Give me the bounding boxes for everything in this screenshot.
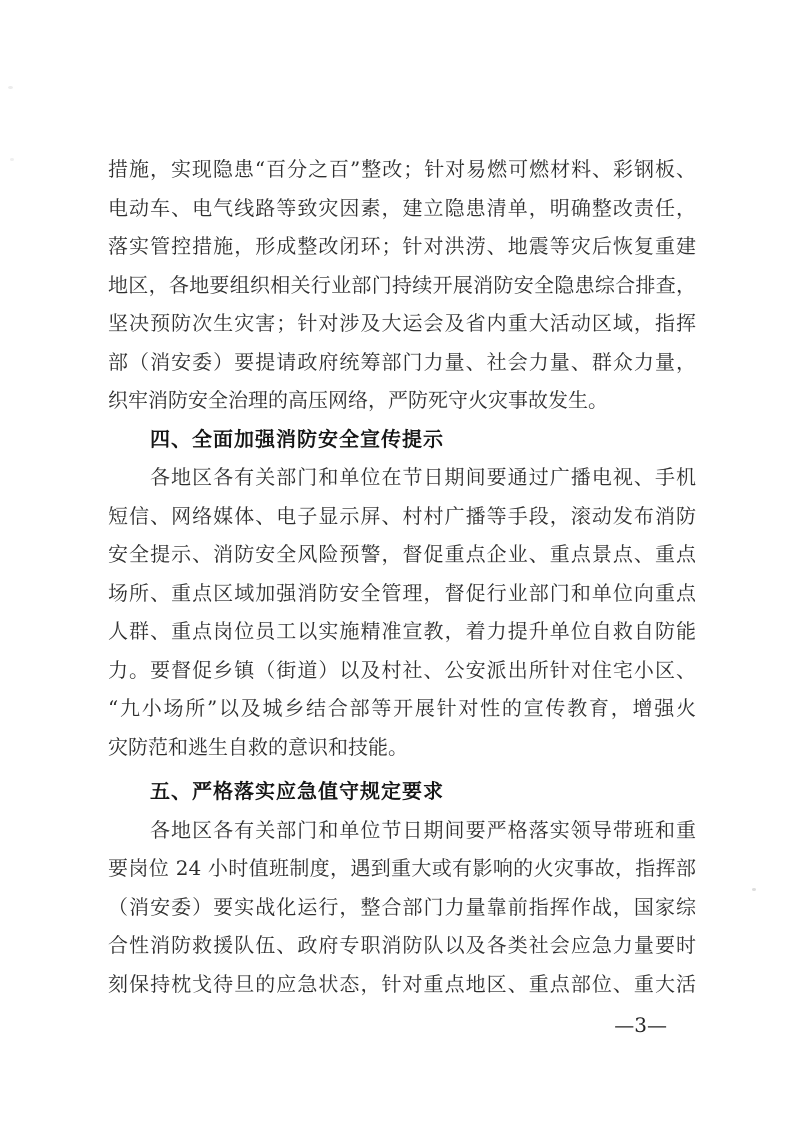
text-line: 合性消防救援队伍、政府专职消防队以及各类社会应急力量要时 (108, 926, 696, 965)
scan-speck (752, 888, 756, 891)
text-line: 短信、网络媒体、电子显示屏、村村广播等手段，滚动发布消防 (108, 497, 696, 536)
text-block: 措施，实现隐患“百分之百”整改；针对易燃可燃材料、彩钢板、电动车、电气线路等致灾… (108, 150, 696, 1003)
scan-speck (10, 158, 14, 161)
text-line: 刻保持枕戈待旦的应急状态，针对重点地区、重点部位、重大活 (108, 965, 696, 1004)
section-heading: 五、严格落实应急值守规定要求 (108, 772, 696, 811)
document-page: 措施，实现隐患“百分之百”整改；针对易燃可燃材料、彩钢板、电动车、电气线路等致灾… (0, 0, 793, 1122)
text-line: 灾防范和逃生自救的意识和技能。 (108, 728, 696, 767)
text-line: 场所、重点区域加强消防安全管理，督促行业部门和单位向重点 (108, 574, 696, 613)
text-line: 落实管控措施，形成整改闭环；针对洪涝、地震等灾后恢复重建 (108, 227, 696, 266)
text-line: 安全提示、消防安全风险预警，督促重点企业、重点景点、重点 (108, 535, 696, 574)
text-line: 力。要督促乡镇（街道）以及村社、公安派出所针对住宅小区、 (108, 651, 696, 690)
text-line: 电动车、电气线路等致灾因素，建立隐患清单，明确整改责任， (108, 189, 696, 228)
text-line: 措施，实现隐患“百分之百”整改；针对易燃可燃材料、彩钢板、 (108, 150, 696, 189)
text-line: 织牢消防安全治理的高压网络，严防死守火灾事故发生。 (108, 381, 696, 420)
text-line: 坚决预防次生灾害；针对涉及大运会及省内重大活动区域，指挥 (108, 304, 696, 343)
text-line: 人群、重点岗位员工以实施精准宣教，着力提升单位自救自防能 (108, 612, 696, 651)
text-line: 各地区各有关部门和单位节日期间要严格落实领导带班和重 (108, 811, 696, 850)
text-line: “九小场所”以及城乡结合部等开展针对性的宣传教育，增强火 (108, 689, 696, 728)
text-line: 部（消安委）要提请政府统筹部门力量、社会力量、群众力量， (108, 343, 696, 382)
section-heading: 四、全面加强消防安全宣传提示 (108, 420, 696, 459)
text-line: （消安委）要实战化运行，整合部门力量靠前指挥作战，国家综 (108, 888, 696, 927)
scan-speck (8, 86, 13, 89)
text-line: 各地区各有关部门和单位在节日期间要通过广播电视、手机 (108, 458, 696, 497)
text-line: 地区，各地要组织相关行业部门持续开展消防安全隐患综合排查， (108, 266, 696, 305)
text-line: 要岗位 24 小时值班制度，遇到重大或有影响的火灾事故，指挥部 (108, 849, 696, 888)
page-number: —3— (614, 1013, 667, 1037)
